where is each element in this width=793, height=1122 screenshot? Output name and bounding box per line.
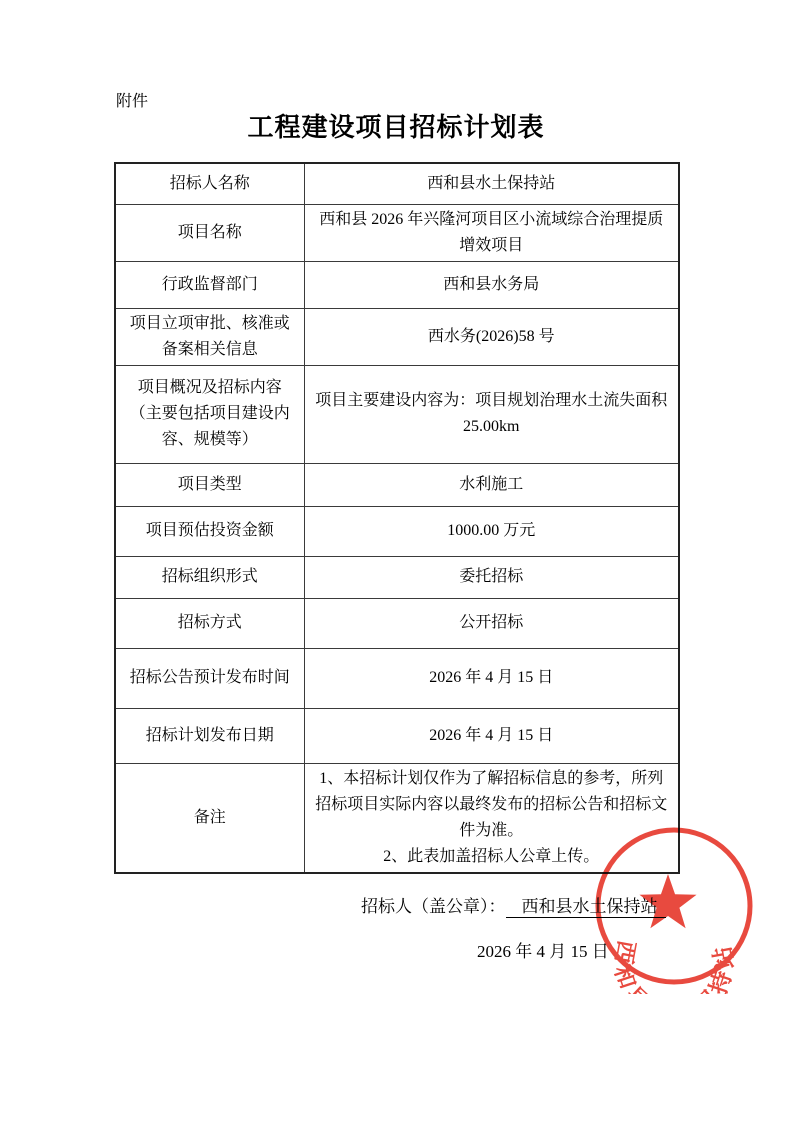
svg-text:西和县水土保持站: 西和县水土保持站	[609, 938, 738, 994]
seal-star-icon	[639, 874, 696, 928]
table-row: 招标方式 公开招标	[115, 598, 679, 648]
row-label: 招标方式	[115, 598, 304, 648]
table-row: 项目预估投资金额 1000.00 万元	[115, 506, 679, 556]
seal-text: 西和县水土保持站	[609, 938, 738, 994]
row-label: 备注	[115, 763, 304, 873]
row-label: 项目预估投资金额	[115, 506, 304, 556]
table-row: 项目名称 西和县 2026 年兴隆河项目区小流域综合治理提质增效项目	[115, 204, 679, 261]
table-row: 招标人名称 西和县水土保持站	[115, 163, 679, 204]
page-title: 工程建设项目招标计划表	[115, 107, 677, 144]
row-value: 西和县水土保持站	[304, 163, 679, 204]
row-label: 招标计划发布日期	[115, 708, 304, 763]
row-label: 项目类型	[115, 463, 304, 506]
row-value: 西和县 2026 年兴隆河项目区小流域综合治理提质增效项目	[304, 204, 679, 261]
table-row: 招标组织形式 委托招标	[115, 556, 679, 598]
table-row: 项目类型 水利施工	[115, 463, 679, 506]
row-value: 委托招标	[304, 556, 679, 598]
row-value: 项目主要建设内容为：项目规划治理水土流失面积 25.00km	[304, 365, 679, 463]
row-label: 项目立项审批、核准或备案相关信息	[115, 308, 304, 365]
bidding-plan-table: 招标人名称 西和县水土保持站 项目名称 西和县 2026 年兴隆河项目区小流域综…	[114, 162, 680, 874]
table-row: 行政监督部门 西和县水务局	[115, 261, 679, 308]
table-row: 项目立项审批、核准或备案相关信息 西水务(2026)58 号	[115, 308, 679, 365]
row-value: 公开招标	[304, 598, 679, 648]
row-value: 西和县水务局	[304, 261, 679, 308]
row-value: 西水务(2026)58 号	[304, 308, 679, 365]
document-page: 附件 工程建设项目招标计划表 招标人名称 西和县水土保持站 项目名称 西和县 2…	[0, 0, 793, 1122]
row-label: 项目概况及招标内容（主要包括项目建设内容、规模等）	[115, 365, 304, 463]
row-label: 招标公告预计发布时间	[115, 648, 304, 708]
table-row: 招标公告预计发布时间 2026 年 4 月 15 日	[115, 648, 679, 708]
row-value: 2026 年 4 月 15 日	[304, 708, 679, 763]
row-label: 招标人名称	[115, 163, 304, 204]
table-row: 招标计划发布日期 2026 年 4 月 15 日	[115, 708, 679, 763]
row-value: 2026 年 4 月 15 日	[304, 648, 679, 708]
official-seal: 西和县水土保持站	[586, 818, 762, 994]
row-value: 水利施工	[304, 463, 679, 506]
row-value: 1000.00 万元	[304, 506, 679, 556]
row-label: 招标组织形式	[115, 556, 304, 598]
table-row: 项目概况及招标内容（主要包括项目建设内容、规模等） 项目主要建设内容为：项目规划…	[115, 365, 679, 463]
signer-label: 招标人（盖公章）：	[361, 897, 506, 916]
row-label: 项目名称	[115, 204, 304, 261]
row-label: 行政监督部门	[115, 261, 304, 308]
